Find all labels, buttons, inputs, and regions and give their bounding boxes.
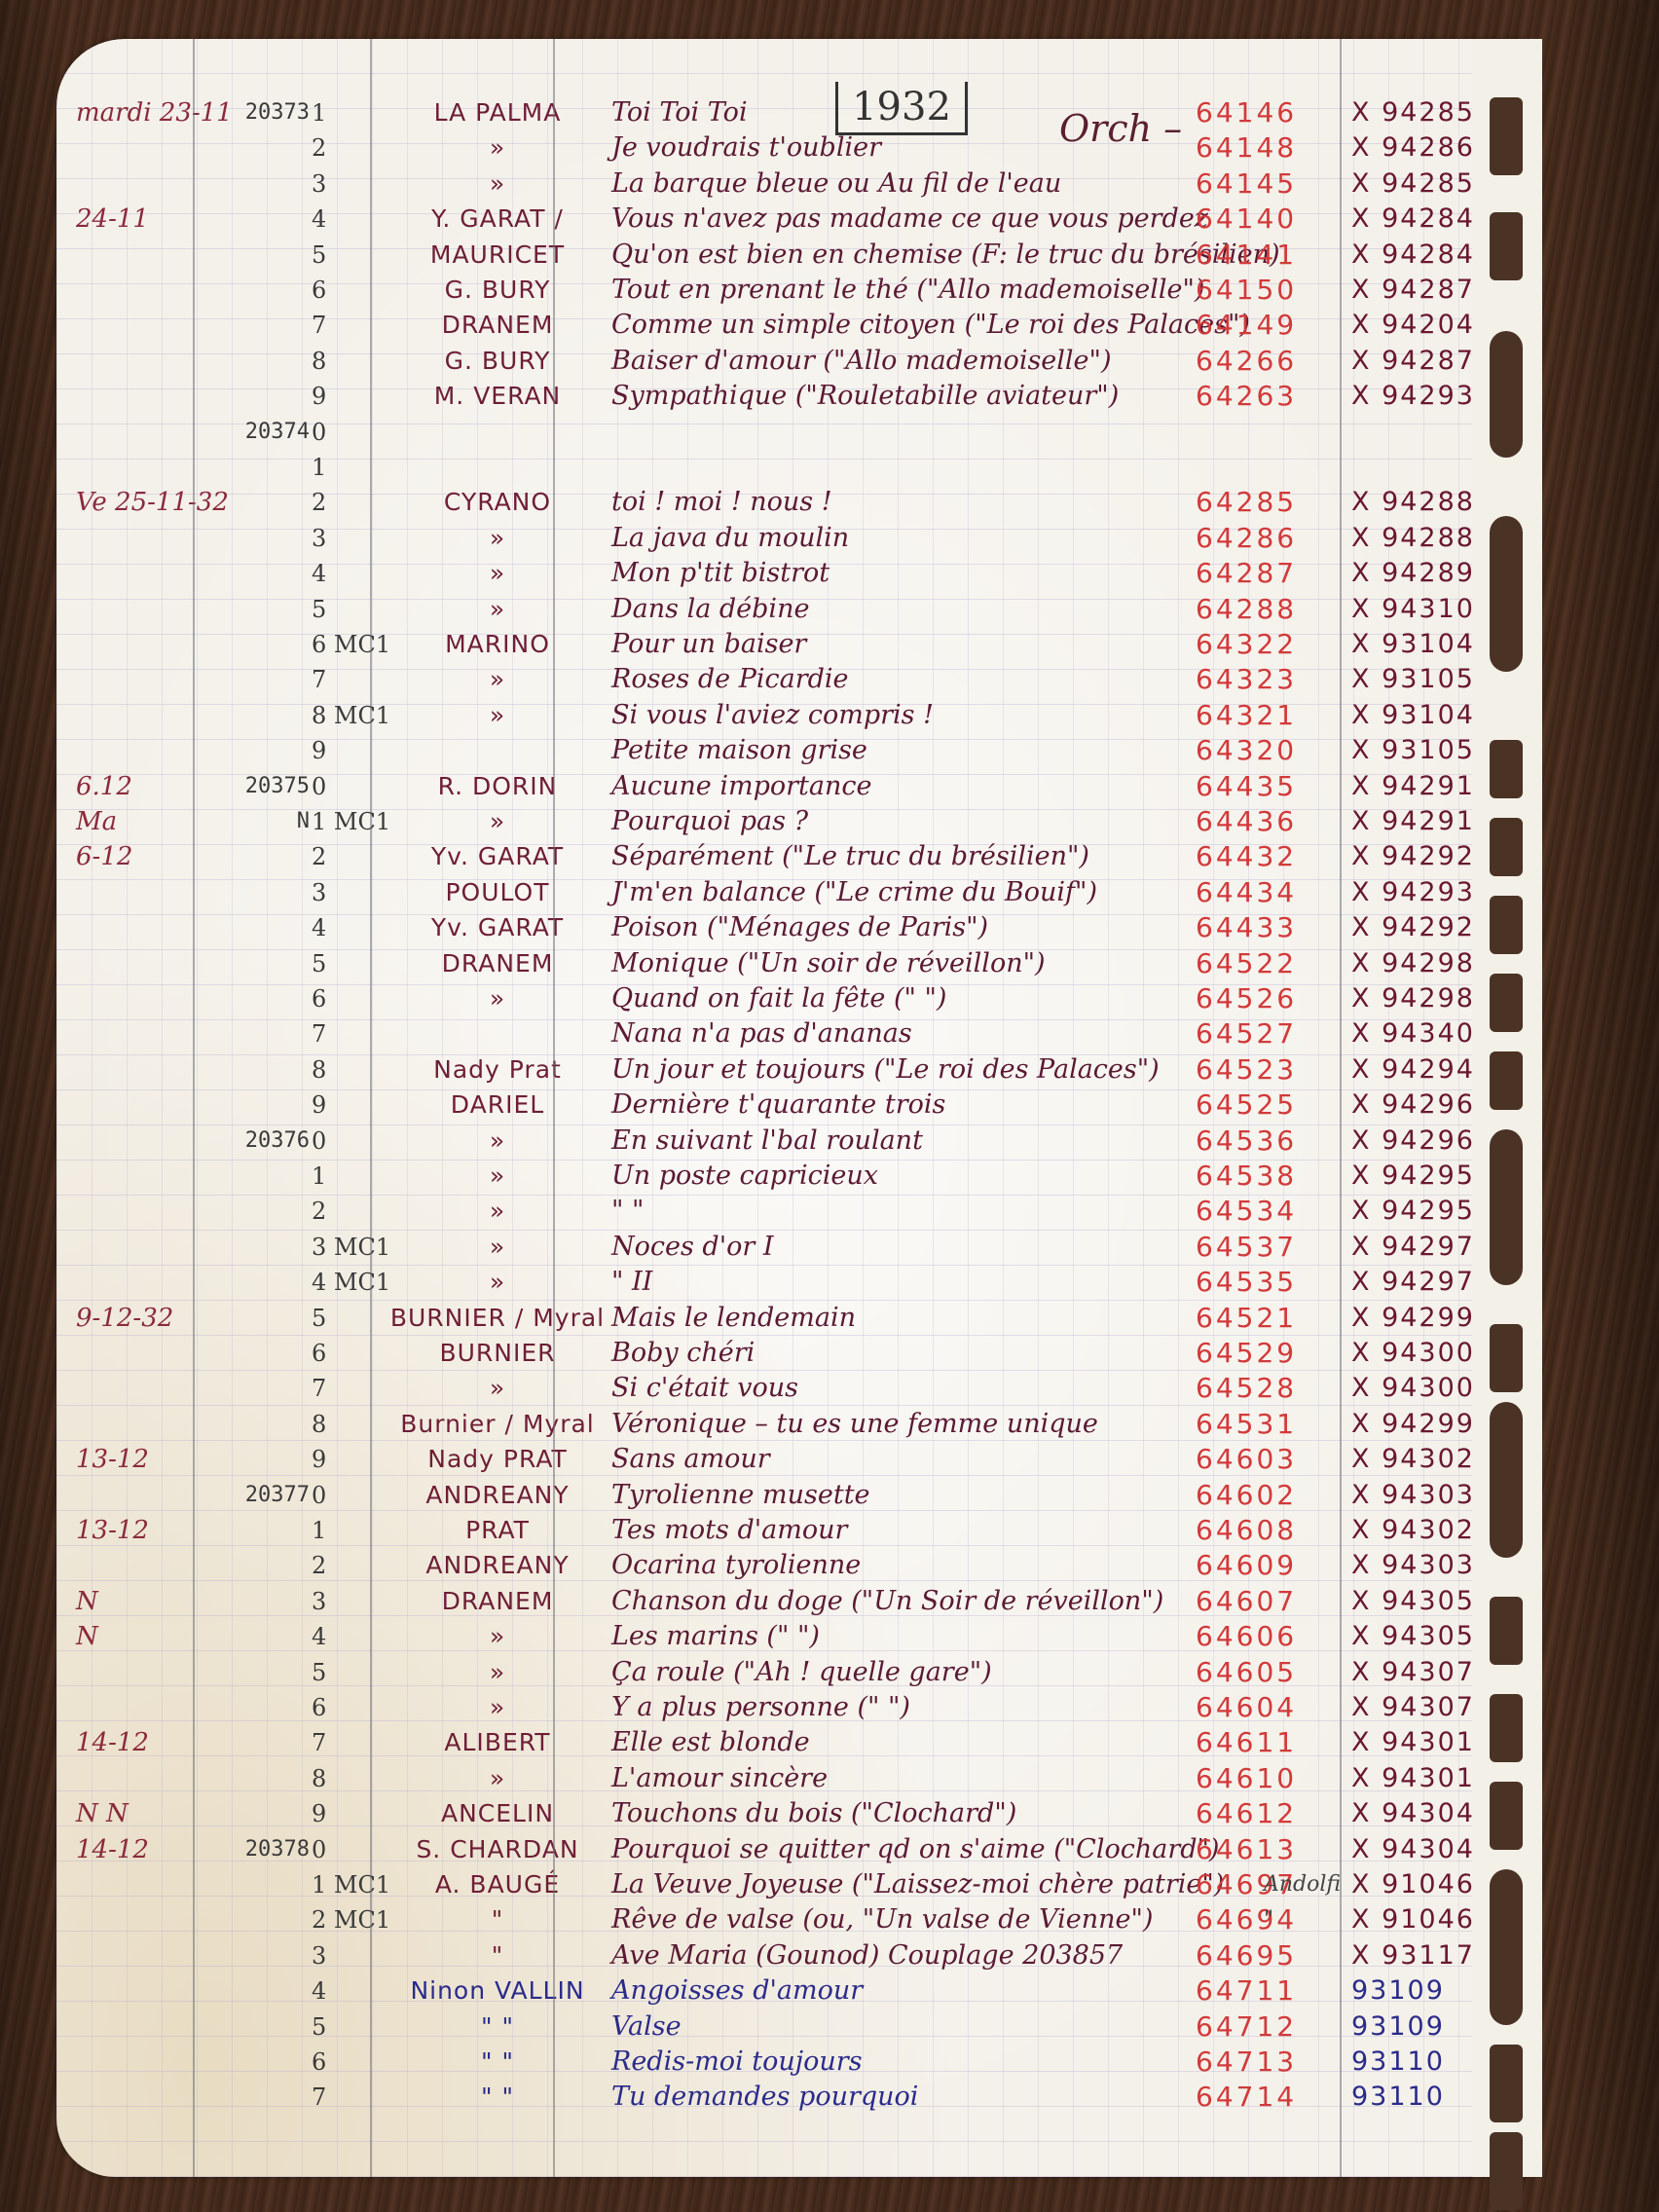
matrix-number: 20377	[203, 1478, 310, 1513]
artist-name: Ninon VALLIN	[376, 1973, 619, 2009]
artist-name: »	[376, 1124, 619, 1159]
entry-date: 6-12	[76, 839, 222, 874]
song-title: Noces d'or I	[611, 1230, 1196, 1265]
take-number: 2	[312, 839, 374, 874]
ledger-row: 2 MC1"Rêve de valse (ou, "Un valse de Vi…	[56, 1902, 1529, 1937]
disc-number: 64150	[1196, 273, 1342, 308]
column-rule-date	[193, 39, 195, 2177]
ledger-row: 6»Quand on fait la fête (" ")64526X 9429…	[56, 981, 1529, 1016]
artist-name: " "	[376, 2045, 619, 2080]
ledger-row: 6 MC1MARINOPour un baiser64322X 93104	[56, 627, 1529, 662]
ledger-row: 4Yv. GARATPoison ("Ménages de Paris")644…	[56, 910, 1529, 945]
song-title: Mon p'tit bistrot	[611, 556, 1196, 591]
song-title: Dans la débine	[611, 592, 1196, 627]
take-number: 0	[312, 769, 374, 804]
entry-date: 13-12	[76, 1513, 222, 1548]
song-title: Chanson du doge ("Un Soir de réveillon")	[611, 1584, 1196, 1619]
ledger-row: 2»Je voudrais t'oublier64148X 94286	[56, 130, 1529, 166]
ledger-row: 1	[56, 450, 1529, 485]
song-title: J'm'en balance ("Le crime du Bouif")	[611, 875, 1196, 910]
song-title: Pour un baiser	[611, 627, 1196, 662]
artist-name: "	[376, 1938, 619, 1973]
disc-number: 64323	[1196, 662, 1342, 697]
take-number: 5	[312, 1301, 374, 1336]
song-title: Vous n'avez pas madame ce que vous perde…	[611, 202, 1196, 237]
take-number: 9	[312, 1442, 374, 1477]
take-number: 6	[312, 981, 374, 1016]
ledger-row: 3"Ave Maria (Gounod) Couplage 2038576469…	[56, 1938, 1529, 1973]
disc-number: 64713	[1196, 2045, 1342, 2080]
song-title: La java du moulin	[611, 521, 1196, 556]
binder-hole	[1490, 1051, 1523, 1110]
song-title: toi ! moi ! nous !	[611, 485, 1196, 520]
ledger-row: 14-127ALIBERTElle est blonde64611X 94301	[56, 1725, 1529, 1760]
take-number: 2 MC1	[312, 1902, 374, 1937]
song-title: Rêve de valse (ou, "Un valse de Vienne")	[611, 1902, 1196, 1937]
binder-hole	[1490, 1694, 1523, 1762]
take-number: 4 MC1	[312, 1265, 374, 1300]
song-title: Qu'on est bien en chemise (F: le truc du…	[611, 238, 1196, 273]
take-number: 2	[312, 130, 374, 166]
song-title: Tes mots d'amour	[611, 1513, 1196, 1548]
take-number: 8	[312, 1407, 374, 1442]
artist-name: »	[376, 1194, 619, 1229]
ledger-row: 5»Ça roule ("Ah ! quelle gare")64605X 94…	[56, 1655, 1529, 1690]
ledger-row: 3 MC1»Noces d'or I64537X 94297	[56, 1230, 1529, 1265]
song-title: Tout en prenant le thé ("Allo mademoisel…	[611, 273, 1196, 308]
binder-hole	[1490, 1402, 1523, 1558]
disc-number: 64321	[1196, 698, 1342, 733]
disc-number: 64266	[1196, 344, 1342, 379]
artist-name: Yv. GARAT	[376, 839, 619, 874]
binder-hole	[1490, 1129, 1523, 1285]
song-title: Ave Maria (Gounod) Couplage 203857	[611, 1938, 1196, 1973]
binder-hole	[1490, 1324, 1523, 1392]
take-number: 7	[312, 1725, 374, 1760]
disc-number: 64149	[1196, 308, 1342, 343]
binder-hole	[1490, 2045, 1523, 2122]
take-number: 3	[312, 166, 374, 202]
disc-number: 64612	[1196, 1796, 1342, 1831]
artist-name: DRANEM	[376, 946, 619, 981]
take-number: 7	[312, 1371, 374, 1406]
disc-number: 64288	[1196, 592, 1342, 627]
song-title: En suivant l'bal roulant	[611, 1124, 1196, 1159]
ledger-row: 9DARIELDernière t'quarante trois64525X 9…	[56, 1088, 1529, 1123]
artist-name: ANDREANY	[376, 1548, 619, 1583]
take-number: 4	[312, 556, 374, 591]
artist-name: Yv. GARAT	[376, 910, 619, 945]
disc-number: 64521	[1196, 1301, 1342, 1336]
take-number: 1	[312, 1513, 374, 1548]
artist-name: DARIEL	[376, 1088, 619, 1123]
take-number: 2	[312, 1548, 374, 1583]
ledger-row: 9M. VERANSympathique ("Rouletabille avia…	[56, 379, 1529, 414]
take-number: 5	[312, 2009, 374, 2045]
artist-name: »	[376, 1761, 619, 1796]
ledger-row: 9-12-325BURNIER / MyralMais le lendemain…	[56, 1301, 1529, 1336]
ledger-row: 6»Y a plus personne (" ")64604X 94307	[56, 1690, 1529, 1725]
artist-name: »	[376, 1690, 619, 1725]
take-number: 4	[312, 1619, 374, 1654]
disc-number: 64286	[1196, 521, 1342, 556]
ledger-row: 13-129Nady PRATSans amour64603X 94302	[56, 1442, 1529, 1477]
take-number: 1 MC1	[312, 1867, 374, 1902]
disc-number: 64610	[1196, 1761, 1342, 1796]
disc-number: 64606	[1196, 1619, 1342, 1654]
disc-number: 64603	[1196, 1442, 1342, 1477]
ledger-row: 7»Roses de Picardie64323X 93105	[56, 662, 1529, 697]
binder-hole	[1490, 974, 1523, 1032]
take-number: 6	[312, 273, 374, 308]
disc-number: 64434	[1196, 875, 1342, 910]
artist-name: " "	[376, 2009, 619, 2045]
binder-hole	[1490, 212, 1523, 280]
ledger-row: 13-121PRATTes mots d'amour64608X 94302	[56, 1513, 1529, 1548]
disc-number: 64538	[1196, 1159, 1342, 1194]
ledger-row: 5»Dans la débine64288X 94310	[56, 592, 1529, 627]
ledger-row: 7»Si c'était vous64528X 94300	[56, 1371, 1529, 1406]
disc-number: 64148	[1196, 130, 1342, 166]
artist-name: »	[376, 1655, 619, 1690]
artist-name: LA PALMA	[376, 95, 619, 130]
take-number: 7	[312, 662, 374, 697]
disc-number: 64714	[1196, 2080, 1342, 2115]
column-rule-number	[370, 39, 372, 2177]
disc-number: 64528	[1196, 1371, 1342, 1406]
take-number: 9	[312, 379, 374, 414]
take-number: 3	[312, 1584, 374, 1619]
ledger-row: 5" "Valse6471293109	[56, 2009, 1529, 2045]
disc-number: 64605	[1196, 1655, 1342, 1690]
song-title: La Veuve Joyeuse ("Laissez-moi chère pat…	[611, 1867, 1196, 1902]
ledger-row: 4 MC1»" II64535X 94297	[56, 1265, 1529, 1300]
ledger-row: 1 MC1A. BAUGÉLa Veuve Joyeuse ("Laissez-…	[56, 1867, 1529, 1902]
song-title: Tu demandes pourquoi	[611, 2080, 1196, 2115]
song-title: Baiser d'amour ("Allo mademoiselle")	[611, 344, 1196, 379]
artist-name: ANDREANY	[376, 1478, 619, 1513]
column-rule-artist	[553, 39, 555, 2177]
disc-number: 64534	[1196, 1194, 1342, 1229]
artist-name: DRANEM	[376, 308, 619, 343]
ledger-row: 7" "Tu demandes pourquoi6471493110	[56, 2080, 1529, 2115]
take-number: 3	[312, 1938, 374, 1973]
disc-number: 64526	[1196, 981, 1342, 1016]
ledger-row: 8Nady PratUn jour et toujours ("Le roi d…	[56, 1052, 1529, 1088]
ledger-row: 203740	[56, 415, 1529, 450]
ledger-row: N3DRANEMChanson du doge ("Un Soir de rév…	[56, 1584, 1529, 1619]
ledger-row: 4»Mon p'tit bistrot64287X 94289	[56, 556, 1529, 591]
artist-name: POULOT	[376, 875, 619, 910]
disc-number: 64285	[1196, 485, 1342, 520]
ledger-row: 8»L'amour sincère64610X 94301	[56, 1761, 1529, 1796]
disc-number: 64433	[1196, 910, 1342, 945]
ledger-row: 203770ANDREANYTyrolienne musette64602X 9…	[56, 1478, 1529, 1513]
disc-number: 64140	[1196, 202, 1342, 237]
song-title: Touchons du bois ("Clochard")	[611, 1796, 1196, 1831]
artist-name: PRAT	[376, 1513, 619, 1548]
take-number: 6 MC1	[312, 627, 374, 662]
binder-hole	[1490, 740, 1523, 798]
song-title: Si vous l'aviez compris !	[611, 698, 1196, 733]
song-title: Pourquoi se quitter qd on s'aime ("Cloch…	[611, 1832, 1196, 1867]
song-title: Les marins (" ")	[611, 1619, 1196, 1654]
artist-name: BURNIER / Myral	[376, 1301, 619, 1336]
ledger-row: 203760»En suivant l'bal roulant64536X 94…	[56, 1124, 1529, 1159]
disc-number: 64146	[1196, 95, 1342, 130]
song-title: Angoisses d'amour	[611, 1973, 1196, 2009]
matrix-number: 20375	[203, 769, 310, 804]
artist-name: CYRANO	[376, 485, 619, 520]
song-title: Boby chéri	[611, 1336, 1196, 1371]
take-number: 3	[312, 521, 374, 556]
disc-number: 64712	[1196, 2009, 1342, 2045]
song-title: Sans amour	[611, 1442, 1196, 1477]
disc-number: 64535	[1196, 1265, 1342, 1300]
song-title: Petite maison grise	[611, 733, 1196, 768]
artist-name: A. BAUGÉ	[376, 1867, 619, 1902]
ledger-row: 4Ninon VALLINAngoisses d'amour6471193109	[56, 1973, 1529, 2009]
song-title: Valse	[611, 2009, 1196, 2045]
artist-name: G. BURY	[376, 344, 619, 379]
ledger-row: 9Petite maison grise64320X 93105	[56, 733, 1529, 768]
disc-number: 64611	[1196, 1725, 1342, 1760]
entry-date: mardi 23-11	[76, 95, 222, 130]
binder-hole	[1490, 1869, 1523, 2025]
song-title: Roses de Picardie	[611, 662, 1196, 697]
ledger-row: 8 MC1»Si vous l'aviez compris !64321X 93…	[56, 698, 1529, 733]
binder-hole	[1490, 516, 1523, 672]
ledger-row: mardi 23-11203731LA PALMAToi Toi Toi6414…	[56, 95, 1529, 130]
ledger-row: N N9ANCELINTouchons du bois ("Clochard")…	[56, 1796, 1529, 1831]
artist-name: »	[376, 1619, 619, 1654]
ledger-page: 1932 Orch – mardi 23-11203731LA PALMAToi…	[56, 39, 1529, 2177]
entry-date: N	[76, 1584, 222, 1619]
song-title: Pourquoi pas ?	[611, 804, 1196, 839]
disc-number: 64536	[1196, 1124, 1342, 1159]
artist-name: »	[376, 698, 619, 733]
disc-number: 64435	[1196, 769, 1342, 804]
artist-name: »	[376, 1230, 619, 1265]
disc-number: 64609	[1196, 1548, 1342, 1583]
disc-number: 64531	[1196, 1407, 1342, 1442]
entry-date: 9-12-32	[76, 1301, 222, 1336]
take-number: 5	[312, 946, 374, 981]
take-number: 7	[312, 1016, 374, 1051]
disc-number: 64608	[1196, 1513, 1342, 1548]
entry-date: 24-11	[76, 202, 222, 237]
take-number: 0	[312, 1832, 374, 1867]
ledger-row: 6BURNIERBoby chéri64529X 94300	[56, 1336, 1529, 1371]
take-number: 6	[312, 1690, 374, 1725]
take-number: 0	[312, 1124, 374, 1159]
take-number: 1	[312, 450, 374, 485]
ledger-row: 1»Un poste capricieux64538X 94295	[56, 1159, 1529, 1194]
song-title: Quand on fait la fête (" ")	[611, 981, 1196, 1016]
binder-hole	[1490, 1782, 1523, 1850]
artist-name: »	[376, 556, 619, 591]
ledger-row: 8Burnier / MyralVéronique – tu es une fe…	[56, 1407, 1529, 1442]
take-number: 4	[312, 1973, 374, 2009]
artist-name: G. BURY	[376, 273, 619, 308]
entry-date: 13-12	[76, 1442, 222, 1477]
song-title: Ocarina tyrolienne	[611, 1548, 1196, 1583]
ledger-row: 5DRANEMMonique ("Un soir de réveillon")6…	[56, 946, 1529, 981]
take-number: 8	[312, 1761, 374, 1796]
ledger-row: 6.12203750R. DORINAucune importance64435…	[56, 769, 1529, 804]
song-title: Tyrolienne musette	[611, 1478, 1196, 1513]
song-title: Toi Toi Toi	[611, 95, 1196, 130]
take-number: 4	[312, 910, 374, 945]
take-number: 8	[312, 1052, 374, 1088]
song-title: Sympathique ("Rouletabille aviateur")	[611, 379, 1196, 414]
disc-number: 64320	[1196, 733, 1342, 768]
song-title: Redis-moi toujours	[611, 2045, 1196, 2080]
artist-name: Y. GARAT /	[376, 202, 619, 237]
artist-name: DRANEM	[376, 1584, 619, 1619]
disc-number: 64529	[1196, 1336, 1342, 1371]
entry-date: Ma	[76, 804, 222, 839]
ledger-row: 7DRANEMComme un simple citoyen ("Le roi …	[56, 308, 1529, 343]
song-title: Véronique – tu es une femme unique	[611, 1407, 1196, 1442]
disc-number: 64145	[1196, 166, 1342, 202]
take-number: 1	[312, 1159, 374, 1194]
take-number: 3	[312, 875, 374, 910]
ledger-row: 7Nana n'a pas d'ananas64527X 94340	[56, 1016, 1529, 1051]
disc-number: 64604	[1196, 1690, 1342, 1725]
take-number: 6	[312, 2045, 374, 2080]
song-title: " II	[611, 1265, 1196, 1300]
artist-name: ANCELIN	[376, 1796, 619, 1831]
artist-name: »	[376, 130, 619, 166]
ledger-row: 6-122Yv. GARATSéparément ("Le truc du br…	[56, 839, 1529, 874]
artist-name: R. DORIN	[376, 769, 619, 804]
ledger-row: 6G. BURYTout en prenant le thé ("Allo ma…	[56, 273, 1529, 308]
disc-number: 64523	[1196, 1052, 1342, 1088]
take-number: 2	[312, 485, 374, 520]
take-number: 4	[312, 202, 374, 237]
artist-name: Nady Prat	[376, 1052, 619, 1088]
disc-number: 64263	[1196, 379, 1342, 414]
song-title: Comme un simple citoyen ("Le roi des Pal…	[611, 308, 1196, 343]
song-title: Si c'était vous	[611, 1371, 1196, 1406]
song-title: Séparément ("Le truc du brésilien")	[611, 839, 1196, 874]
artist-name: BURNIER	[376, 1336, 619, 1371]
take-number: 2	[312, 1194, 374, 1229]
take-number: 7	[312, 308, 374, 343]
entry-date: Ve 25-11-32	[76, 485, 222, 520]
disc-number: 64537	[1196, 1230, 1342, 1265]
matrix-number: 20376	[203, 1124, 310, 1159]
artist-name: »	[376, 166, 619, 202]
take-number: 1 MC1	[312, 804, 374, 839]
song-title: Je voudrais t'oublier	[611, 130, 1196, 166]
take-number: 9	[312, 733, 374, 768]
song-title: Monique ("Un soir de réveillon")	[611, 946, 1196, 981]
ledger-row: 3POULOTJ'm'en balance ("Le crime du Boui…	[56, 875, 1529, 910]
disc-number: 64527	[1196, 1016, 1342, 1051]
disc-number: 64525	[1196, 1088, 1342, 1123]
artist-name: M. VERAN	[376, 379, 619, 414]
disc-number: 64141	[1196, 238, 1342, 273]
take-number: 6	[312, 1336, 374, 1371]
song-title: " "	[611, 1194, 1196, 1229]
song-title: L'amour sincère	[611, 1761, 1196, 1796]
song-title: Y a plus personne (" ")	[611, 1690, 1196, 1725]
song-title: Un jour et toujours ("Le roi des Palaces…	[611, 1052, 1196, 1088]
artist-name: »	[376, 981, 619, 1016]
song-title: Nana n'a pas d'ananas	[611, 1016, 1196, 1051]
take-number: 0	[312, 1478, 374, 1513]
artist-name: »	[376, 592, 619, 627]
take-number: 8	[312, 344, 374, 379]
artist-name: Nady PRAT	[376, 1442, 619, 1477]
artist-name: MARINO	[376, 627, 619, 662]
entry-date: 6.12	[76, 769, 222, 804]
ledger-row: 6" "Redis-moi toujours6471393110	[56, 2045, 1529, 2080]
entry-date: N N	[76, 1796, 222, 1831]
ledger-row: Ve 25-11-322CYRANOtoi ! moi ! nous !6428…	[56, 485, 1529, 520]
disc-number: 64322	[1196, 627, 1342, 662]
binder-hole	[1490, 818, 1523, 876]
ledger-row: 2»" "64534X 94295	[56, 1194, 1529, 1229]
binder-hole-strip	[1472, 39, 1542, 2177]
disc-number: 64436	[1196, 804, 1342, 839]
disc-number: 64607	[1196, 1584, 1342, 1619]
ledger-row: 2ANDREANYOcarina tyrolienne64609X 94303	[56, 1548, 1529, 1583]
ledger-row: 5MAURICETQu'on est bien en chemise (F: l…	[56, 238, 1529, 273]
song-title: Dernière t'quarante trois	[611, 1088, 1196, 1123]
matrix-number: 20378	[203, 1832, 310, 1867]
disc-number: 64287	[1196, 556, 1342, 591]
artist-name: »	[376, 521, 619, 556]
disc-number: 64432	[1196, 839, 1342, 874]
disc-number: 64522	[1196, 946, 1342, 981]
take-number: 5	[312, 592, 374, 627]
ledger-row: N4»Les marins (" ")64606X 94305	[56, 1619, 1529, 1654]
artist-name: »	[376, 1159, 619, 1194]
ledger-row: MaN1 MC1»Pourquoi pas ?64436X 94291	[56, 804, 1529, 839]
artist-name: "	[376, 1902, 619, 1937]
song-title: Poison ("Ménages de Paris")	[611, 910, 1196, 945]
song-title: Un poste capricieux	[611, 1159, 1196, 1194]
song-title: La barque bleue ou Au fil de l'eau	[611, 166, 1196, 202]
binder-hole	[1490, 896, 1523, 954]
song-title: Aucune importance	[611, 769, 1196, 804]
artist-name: ALIBERT	[376, 1725, 619, 1760]
matrix-number: 20374	[203, 415, 310, 450]
disc-number: 64613	[1196, 1832, 1342, 1867]
artist-name: " "	[376, 2080, 619, 2115]
artist-name: »	[376, 1371, 619, 1406]
take-number: 8 MC1	[312, 698, 374, 733]
take-number: 9	[312, 1088, 374, 1123]
song-title: Elle est blonde	[611, 1725, 1196, 1760]
artist-name: »	[376, 662, 619, 697]
entry-date: N	[76, 1619, 222, 1654]
matrix-number: 20373	[203, 95, 310, 130]
disc-number: 64711	[1196, 1973, 1342, 2009]
artist-name: »	[376, 804, 619, 839]
ledger-row: 24-114Y. GARAT /Vous n'avez pas madame c…	[56, 202, 1529, 237]
ledger-row: 14-12203780S. CHARDANPourquoi se quitter…	[56, 1832, 1529, 1867]
ledger-row: 3»La java du moulin64286X 94288	[56, 521, 1529, 556]
binder-hole	[1490, 97, 1523, 175]
take-number: 5	[312, 1655, 374, 1690]
artist-name: S. CHARDAN	[376, 1832, 619, 1867]
binder-hole	[1490, 331, 1523, 458]
take-number: 1	[312, 95, 374, 130]
